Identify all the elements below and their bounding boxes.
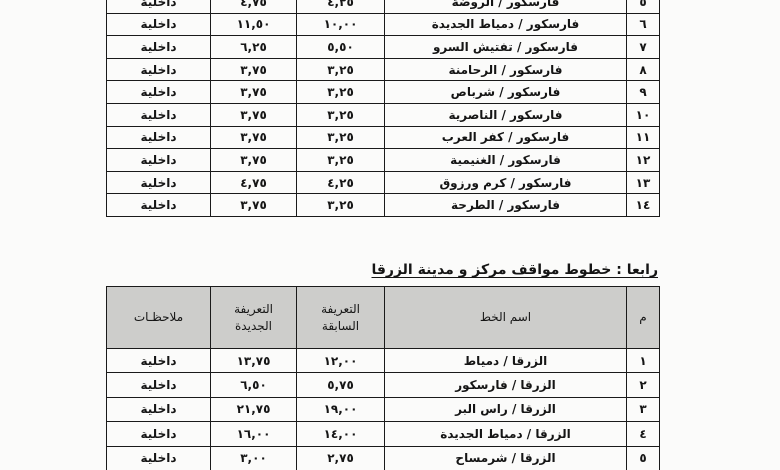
table-row: ٦فارسكور / دمياط الجديدة١٠,٠٠١١,٥٠داخلية bbox=[107, 13, 660, 36]
new-fare: ٦,٥٠ bbox=[211, 373, 297, 397]
line-name: الزرقا / شرمساح bbox=[385, 446, 627, 470]
table-row: ١الزرقا / دمياط١٢,٠٠١٣,٧٥داخلية bbox=[107, 349, 660, 373]
old-fare: ٣,٢٥ bbox=[297, 194, 385, 217]
old-fare: ٣,٢٥ bbox=[297, 149, 385, 172]
old-fare: ٣,٢٥ bbox=[297, 126, 385, 149]
table-row: ٥فارسكور / الروضة٤,٢٥٤,٧٥داخلية bbox=[107, 0, 660, 13]
notes: داخلية bbox=[107, 58, 211, 81]
line-name: الزرقا / دمياط الجديدة bbox=[385, 422, 627, 446]
row-number: ٦ bbox=[627, 13, 660, 36]
notes: داخلية bbox=[107, 0, 211, 13]
row-number: ٢ bbox=[627, 373, 660, 397]
section4-fare-table: م اسم الخط التعريفة السابقة التعريفة الج… bbox=[106, 286, 660, 470]
row-number: ٧ bbox=[627, 36, 660, 59]
old-fare: ٣,٢٥ bbox=[297, 103, 385, 126]
header-new-fare: التعريفة الجديدة bbox=[211, 287, 297, 349]
line-name: الزرقا / فارسكور bbox=[385, 373, 627, 397]
new-fare: ٢١,٧٥ bbox=[211, 397, 297, 421]
new-fare: ١١,٥٠ bbox=[211, 13, 297, 36]
old-fare: ٤,٢٥ bbox=[297, 0, 385, 13]
line-name: فارسكور / شرباص bbox=[385, 81, 627, 104]
old-fare: ١٠,٠٠ bbox=[297, 13, 385, 36]
new-fare: ٣,٧٥ bbox=[211, 149, 297, 172]
table-row: ٤الزرقا / دمياط الجديدة١٤,٠٠١٦,٠٠داخلية bbox=[107, 422, 660, 446]
row-number: ١٤ bbox=[627, 194, 660, 217]
row-number: ٩ bbox=[627, 81, 660, 104]
row-number: ١٢ bbox=[627, 149, 660, 172]
line-name: فارسكور / الناصرية bbox=[385, 103, 627, 126]
new-fare: ٤,٧٥ bbox=[211, 171, 297, 194]
old-fare: ٣,٢٥ bbox=[297, 81, 385, 104]
line-name: فارسكور / تفتيش السرو bbox=[385, 36, 627, 59]
table-row: ٣الزرقا / راس البر١٩,٠٠٢١,٧٥داخلية bbox=[107, 397, 660, 421]
line-name: فارسكور / دمياط الجديدة bbox=[385, 13, 627, 36]
table-row: ٧فارسكور / تفتيش السرو٥,٥٠٦,٢٥داخلية bbox=[107, 36, 660, 59]
notes: داخلية bbox=[107, 36, 211, 59]
notes: داخلية bbox=[107, 373, 211, 397]
notes: داخلية bbox=[107, 149, 211, 172]
notes: داخلية bbox=[107, 81, 211, 104]
line-name: فارسكور / الغنيمية bbox=[385, 149, 627, 172]
notes: داخلية bbox=[107, 397, 211, 421]
row-number: ٣ bbox=[627, 397, 660, 421]
notes: داخلية bbox=[107, 446, 211, 470]
table-row: ١٢فارسكور / الغنيمية٣,٢٥٣,٧٥داخلية bbox=[107, 149, 660, 172]
table-row: ١٤فارسكور / الطرحة٣,٢٥٣,٧٥داخلية bbox=[107, 194, 660, 217]
old-fare: ١٢,٠٠ bbox=[297, 349, 385, 373]
notes: داخلية bbox=[107, 422, 211, 446]
line-name: فارسكور / كرم ورزوق bbox=[385, 171, 627, 194]
notes: داخلية bbox=[107, 194, 211, 217]
notes: داخلية bbox=[107, 103, 211, 126]
new-fare: ٣,٧٥ bbox=[211, 126, 297, 149]
table-row: ٩فارسكور / شرباص٣,٢٥٣,٧٥داخلية bbox=[107, 81, 660, 104]
new-fare: ١٣,٧٥ bbox=[211, 349, 297, 373]
header-notes: ملاحظـات bbox=[107, 287, 211, 349]
table-row: ١٠فارسكور / الناصرية٣,٢٥٣,٧٥داخلية bbox=[107, 103, 660, 126]
table-row: ١٣فارسكور / كرم ورزوق٤,٢٥٤,٧٥داخلية bbox=[107, 171, 660, 194]
row-number: ١ bbox=[627, 349, 660, 373]
header-line-name: اسم الخط bbox=[385, 287, 627, 349]
table-header-row: م اسم الخط التعريفة السابقة التعريفة الج… bbox=[107, 287, 660, 349]
row-number: ٨ bbox=[627, 58, 660, 81]
new-fare: ١٦,٠٠ bbox=[211, 422, 297, 446]
notes: داخلية bbox=[107, 349, 211, 373]
table-row: ٨فارسكور / الرحامنة٣,٢٥٣,٧٥داخلية bbox=[107, 58, 660, 81]
row-number: ٤ bbox=[627, 422, 660, 446]
notes: داخلية bbox=[107, 126, 211, 149]
new-fare: ٦,٢٥ bbox=[211, 36, 297, 59]
line-name: الزرقا / دمياط bbox=[385, 349, 627, 373]
old-fare: ١٤,٠٠ bbox=[297, 422, 385, 446]
section4-title: رابعا : خطوط مواقف مركز و مدينة الزرقا bbox=[371, 262, 658, 278]
line-name: فارسكور / الطرحة bbox=[385, 194, 627, 217]
line-name: فارسكور / كفر العرب bbox=[385, 126, 627, 149]
notes: داخلية bbox=[107, 13, 211, 36]
old-fare: ٥,٥٠ bbox=[297, 36, 385, 59]
new-fare: ٣,٠٠ bbox=[211, 446, 297, 470]
table-row: ١١فارسكور / كفر العرب٣,٢٥٣,٧٥داخلية bbox=[107, 126, 660, 149]
header-number: م bbox=[627, 287, 660, 349]
section3-fare-table: ٥فارسكور / الروضة٤,٢٥٤,٧٥داخلية٦فارسكور … bbox=[106, 0, 660, 217]
new-fare: ٣,٧٥ bbox=[211, 103, 297, 126]
row-number: ١٠ bbox=[627, 103, 660, 126]
table-row: ٥الزرقا / شرمساح٢,٧٥٣,٠٠داخلية bbox=[107, 446, 660, 470]
old-fare: ٤,٢٥ bbox=[297, 171, 385, 194]
row-number: ١١ bbox=[627, 126, 660, 149]
new-fare: ٣,٧٥ bbox=[211, 81, 297, 104]
header-old-fare: التعريفة السابقة bbox=[297, 287, 385, 349]
new-fare: ٣,٧٥ bbox=[211, 58, 297, 81]
row-number: ١٣ bbox=[627, 171, 660, 194]
table-row: ٢الزرقا / فارسكور٥,٧٥٦,٥٠داخلية bbox=[107, 373, 660, 397]
new-fare: ٤,٧٥ bbox=[211, 0, 297, 13]
notes: داخلية bbox=[107, 171, 211, 194]
old-fare: ٢,٧٥ bbox=[297, 446, 385, 470]
old-fare: ٥,٧٥ bbox=[297, 373, 385, 397]
row-number: ٥ bbox=[627, 0, 660, 13]
line-name: فارسكور / الروضة bbox=[385, 0, 627, 13]
old-fare: ١٩,٠٠ bbox=[297, 397, 385, 421]
new-fare: ٣,٧٥ bbox=[211, 194, 297, 217]
line-name: فارسكور / الرحامنة bbox=[385, 58, 627, 81]
line-name: الزرقا / راس البر bbox=[385, 397, 627, 421]
old-fare: ٣,٢٥ bbox=[297, 58, 385, 81]
row-number: ٥ bbox=[627, 446, 660, 470]
